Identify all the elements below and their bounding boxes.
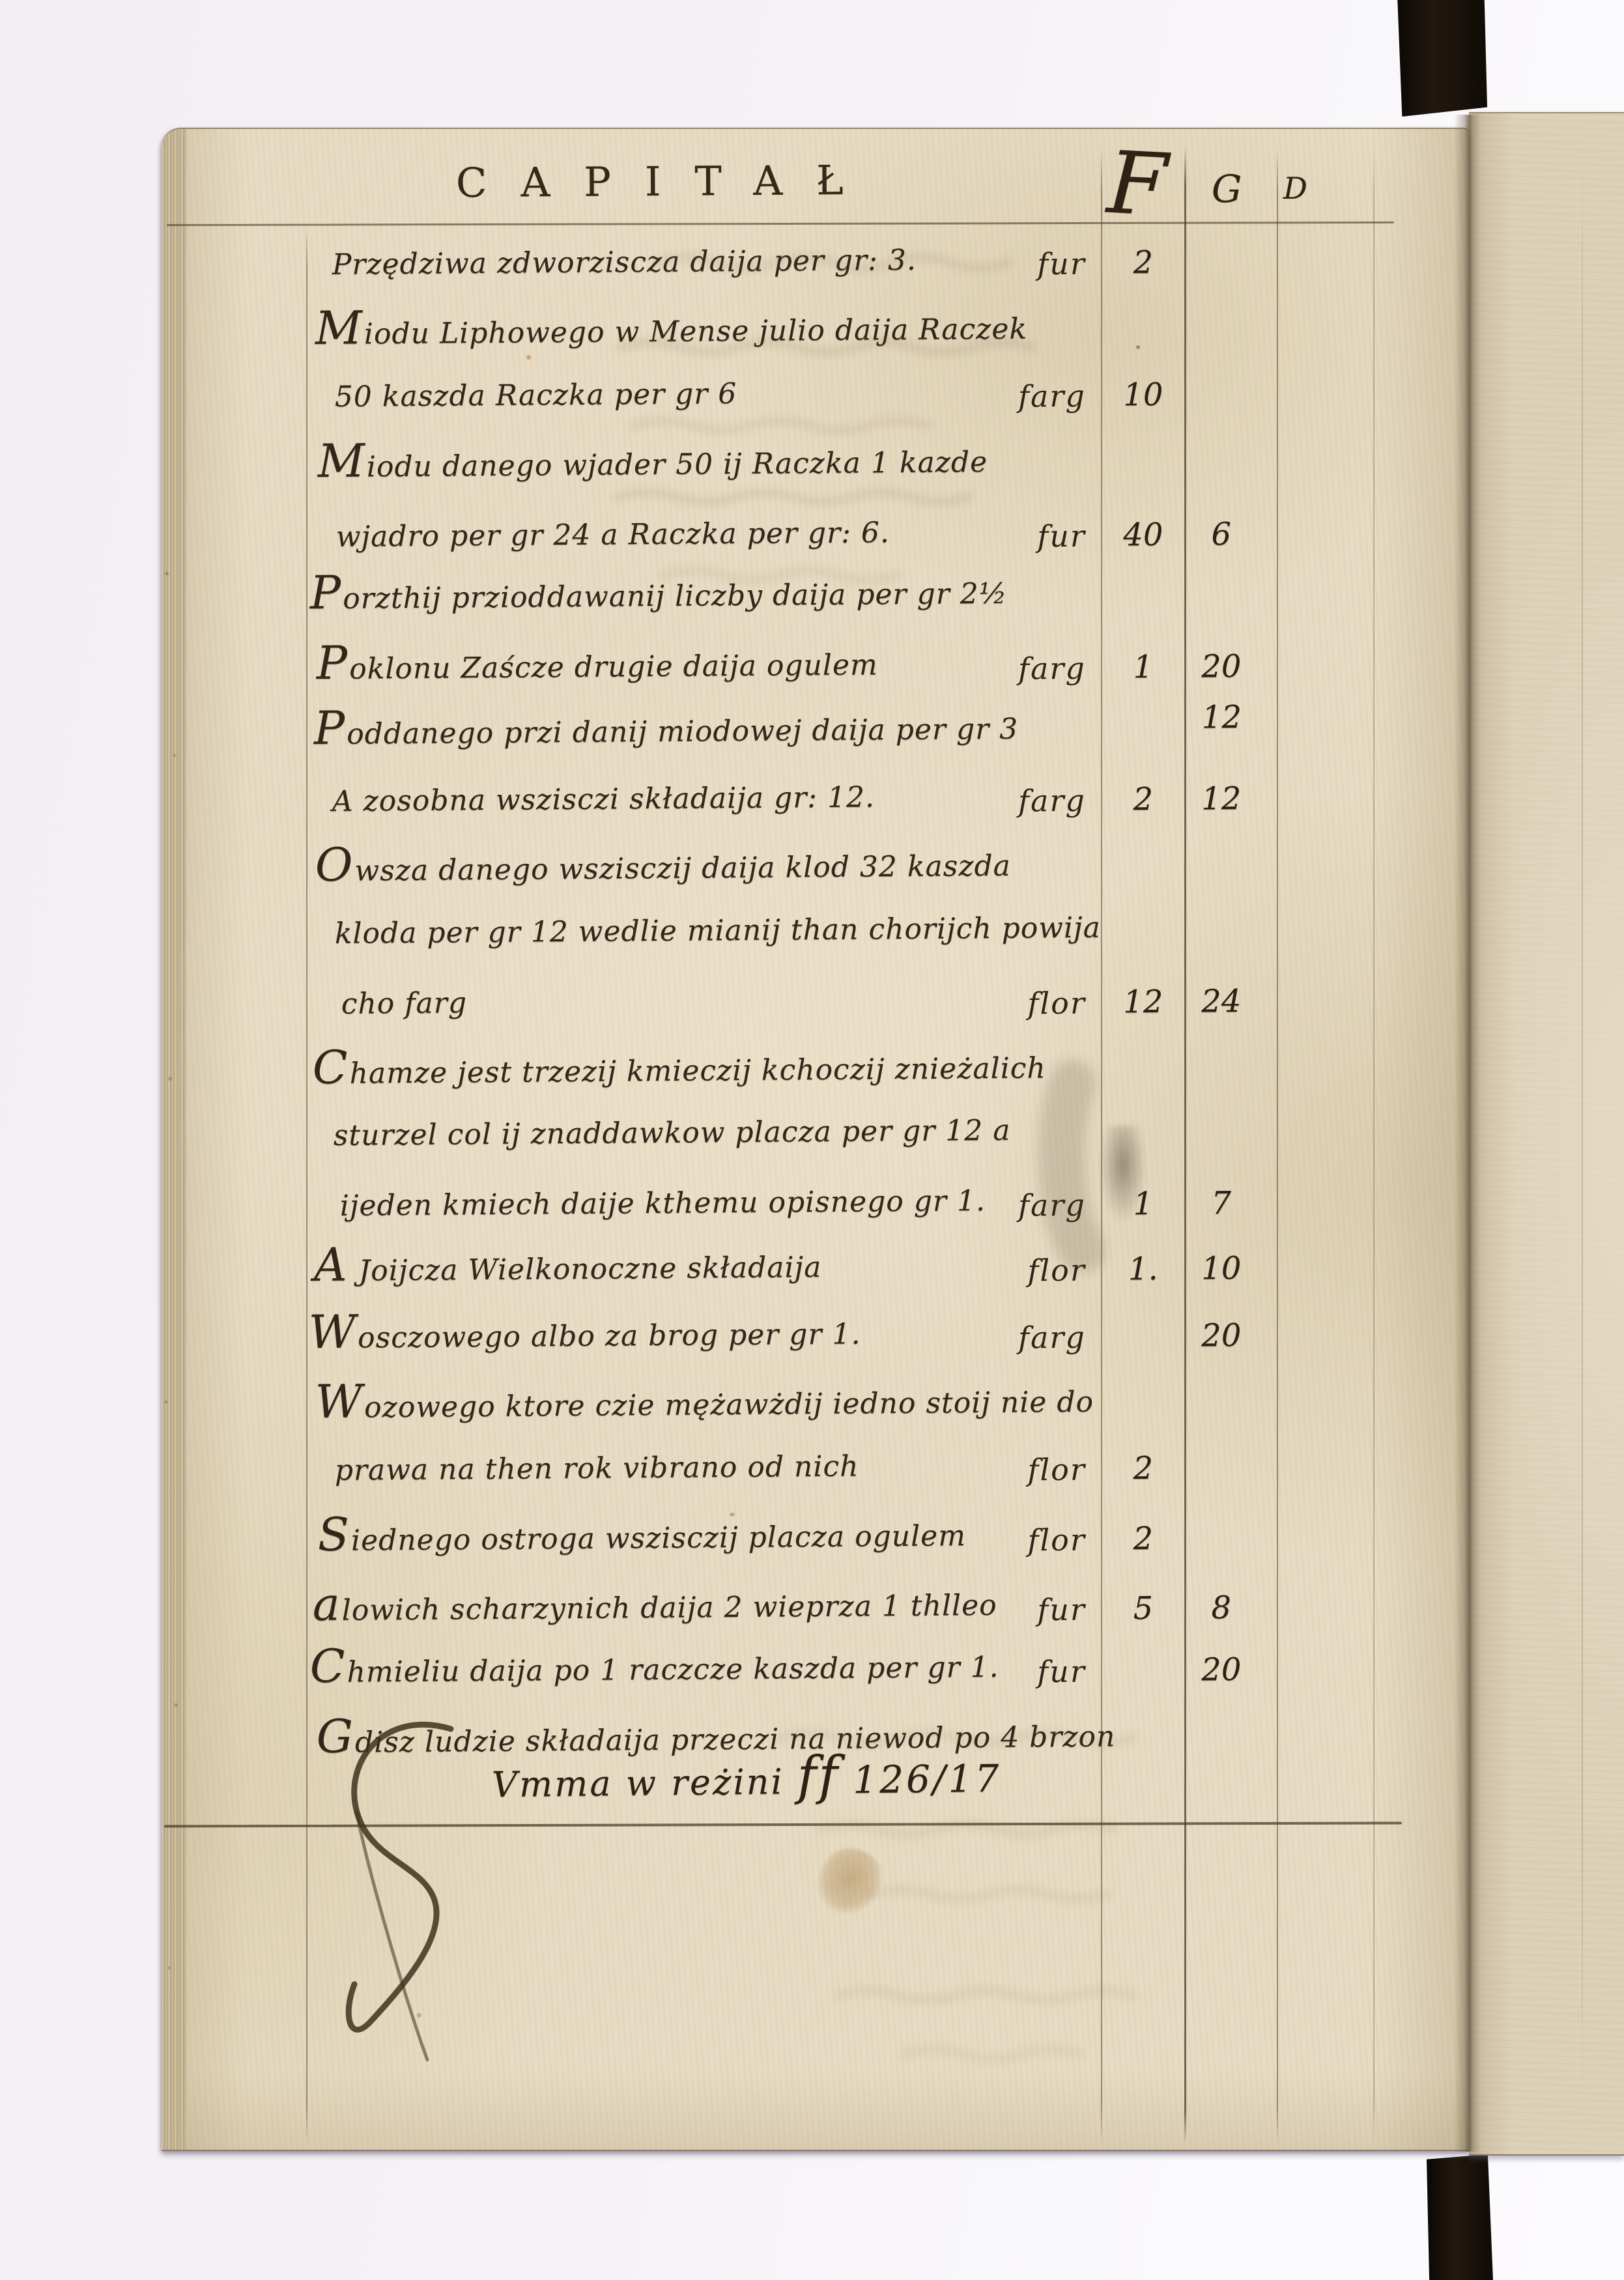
- swash-initial: O: [315, 838, 353, 892]
- currency-unit-label: fur: [974, 1654, 1086, 1690]
- entry-text: Porzthij przioddawanij liczby daija per …: [334, 577, 1008, 616]
- entry-text: Chamze jest trzezij kmieczij kchoczij zn…: [336, 1051, 1046, 1090]
- swash-initial: C: [312, 1041, 349, 1094]
- swash-initial: M: [317, 434, 365, 488]
- ledger-page: CAPITAŁ F G D Przędziwa zdworziscza daij…: [162, 128, 1469, 2151]
- summa-paraph-flourish: [323, 1715, 499, 2079]
- ledger-row: Porzthij przioddawanij liczby daija per …: [162, 573, 1470, 649]
- binding-strap-top: [1395, 0, 1487, 117]
- value-floreni: 40: [1104, 517, 1182, 554]
- currency-unit-label: flor: [974, 1452, 1086, 1488]
- summa-value: 126/17: [853, 1756, 1002, 1802]
- currency-unit-label: farg: [974, 1188, 1086, 1223]
- entry-text: Chmieliu daija po 1 raczcze kaszda per g…: [334, 1651, 999, 1689]
- ledger-row: Poklonu Zaścze drugie daija ogulemfarg12…: [162, 644, 1470, 719]
- page-title: CAPITAŁ: [456, 156, 877, 207]
- value-floreni: 12: [1104, 984, 1182, 1021]
- paper-fleck: [1136, 345, 1140, 349]
- ledger-row: kloda per gr 12 wedlie mianij than chori…: [162, 908, 1470, 984]
- column-header-denarii: D: [1283, 171, 1307, 206]
- ledger-row: Siednego ostroga wszisczij placza ogulem…: [162, 1515, 1470, 1591]
- value-floreni: 2: [1104, 1450, 1182, 1487]
- currency-unit-label: fur: [974, 246, 1086, 282]
- entry-text: Wosczowego albo za brog per gr 1.: [332, 1317, 861, 1354]
- value-grossi: 20: [1182, 1317, 1261, 1354]
- currency-unit-label: farg: [974, 783, 1086, 819]
- currency-unit-label: farg: [974, 378, 1086, 414]
- currency-unit-label: flor: [974, 1522, 1086, 1558]
- ledger-row: ijeden kmiech daije kthemu opisnego gr 1…: [162, 1180, 1470, 1256]
- swash-initial: a: [312, 1578, 341, 1631]
- column-header-floreni: F: [1105, 133, 1170, 236]
- entry-text: ijeden kmiech daije kthemu opisnego gr 1…: [340, 1184, 986, 1223]
- ledger-row: Poddanego przi danij miodowej daija per …: [162, 709, 1470, 784]
- swash-initial: P: [309, 566, 341, 620]
- swash-initial: W: [308, 1305, 356, 1360]
- swash-initial: M: [315, 301, 363, 355]
- value-floreni: 5: [1104, 1590, 1182, 1627]
- currency-unit-label: fur: [974, 1592, 1086, 1628]
- header-rule: [167, 221, 1394, 226]
- value-floreni: 1.: [1104, 1251, 1182, 1288]
- swash-initial: P: [316, 636, 348, 690]
- currency-unit-label: flor: [974, 986, 1086, 1021]
- scanned-manuscript-photo: CAPITAŁ F G D Przędziwa zdworziscza daij…: [0, 0, 1624, 2280]
- value-floreni: 2: [1104, 781, 1182, 818]
- entry-text: Miodu Liphowego w Mense julio daija Racz…: [339, 312, 1028, 350]
- value-grossi: 7: [1182, 1185, 1261, 1222]
- entry-text: Przędziwa zdworziscza daija per gr: 3.: [332, 244, 917, 281]
- swash-initial: C: [309, 1640, 346, 1693]
- ledger-row: sturzel col ij znaddawkow placza per gr …: [162, 1110, 1470, 1186]
- summa-prefix: Vmma w reżini: [492, 1761, 784, 1805]
- entry-text: alowich scharzynich daija 2 wieprza 1 th…: [336, 1589, 997, 1627]
- entry-text: A zosobna wszisczi składaija gr: 12.: [332, 780, 876, 818]
- entry-text: prawa na then rok vibrano od nich: [335, 1449, 859, 1487]
- swash-initial: W: [315, 1375, 363, 1429]
- summary-row: Vmma w reżini ff 126/17: [162, 1745, 1469, 1875]
- entry-text: kloda per gr 12 wedlie mianij than chori…: [335, 911, 1101, 950]
- ledger-row: cho fargflor1224: [162, 978, 1470, 1054]
- entry-text: wjadro per gr 24 a Raczka per gr: 6.: [336, 516, 890, 554]
- ledger-row: A zosobna wszisczi składaija gr: 12.farg…: [162, 776, 1470, 851]
- ledger-row: Miodu danego wjader 50 ij Raczka 1 kazde: [162, 442, 1470, 517]
- binding-strap-bottom: [1427, 2154, 1493, 2280]
- ledger-row: Chmieliu daija po 1 raczcze kaszda per g…: [162, 1647, 1470, 1722]
- value-grossi: 6: [1182, 516, 1261, 553]
- value-grossi: 8: [1182, 1589, 1261, 1627]
- entry-text: Owsza danego wszisczij daija klod 32 kas…: [339, 849, 1011, 888]
- swash-initial: P: [313, 702, 345, 755]
- entry-text: sturzel col ij znaddawkow placza per gr …: [334, 1114, 1011, 1152]
- paper-fleck: [526, 355, 531, 360]
- swash-initial: A: [313, 1238, 347, 1292]
- value-floreni: 2: [1104, 1520, 1182, 1558]
- summa-unit: ff: [797, 1745, 840, 1806]
- value-grossi: 10: [1182, 1250, 1261, 1287]
- gutter-crease: [1454, 115, 1480, 2152]
- entry-text: Poklonu Zaścze drugie daija ogulem: [340, 648, 878, 685]
- next-leaf-crease-line: [1582, 130, 1583, 2124]
- paper-fleck: [730, 1513, 735, 1517]
- summa-line: Vmma w reżini ff 126/17: [492, 1756, 1002, 1806]
- currency-unit-label: fur: [974, 519, 1086, 554]
- currency-unit-label: farg: [974, 1320, 1086, 1356]
- column-header-grossi: G: [1212, 167, 1242, 211]
- entry-text: A Joijcza Wielkonoczne składaija: [337, 1251, 822, 1288]
- entry-text: 50 kaszda Raczka per gr 6: [335, 377, 737, 414]
- entry-text: cho farg: [341, 986, 468, 1021]
- ledger-row: prawa na then rok vibrano od nichflor2: [162, 1445, 1470, 1520]
- ink-smear: [1100, 1126, 1147, 1223]
- value-grossi: 20: [1182, 648, 1261, 685]
- value-grossi: 12: [1182, 780, 1261, 818]
- entry-text: Miodu danego wjader 50 ij Raczka 1 kazde: [341, 446, 988, 484]
- entry-text: Poddanego przi danij miodowej daija per …: [337, 713, 1019, 751]
- ledger-row: A Joijcza Wielkonoczne składaijaflor1.10: [162, 1246, 1470, 1321]
- entry-text: Wozowego ktore czie mężawżdij iedno stoi…: [339, 1386, 1094, 1425]
- currency-unit-label: farg: [974, 651, 1086, 687]
- value-grossi: 24: [1182, 983, 1261, 1020]
- value-grossi: 20: [1182, 1651, 1261, 1689]
- next-leaf-edge: [1469, 112, 1624, 2156]
- paper-fleck: [417, 2013, 421, 2017]
- currency-unit-label: flor: [974, 1253, 1086, 1289]
- value-floreni: 1: [1104, 649, 1182, 686]
- entry-text: Siednego ostroga wszisczij placza ogulem: [341, 1519, 967, 1558]
- value-floreni: 2: [1104, 244, 1182, 281]
- swash-initial: S: [317, 1508, 350, 1561]
- value-floreni: 10: [1104, 377, 1182, 414]
